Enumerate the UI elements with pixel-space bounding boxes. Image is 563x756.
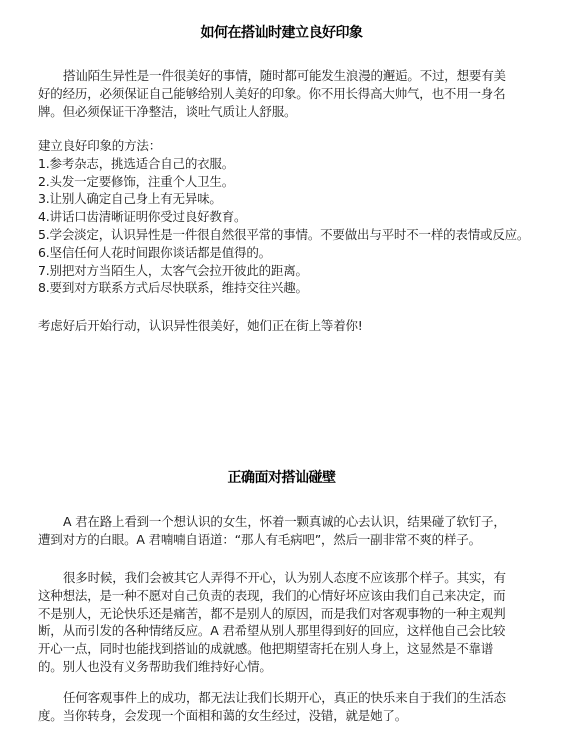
- conclusion-paragraph: 任何客观事件上的成功，都无法让我们长期开心，真正的快乐来自于我们的生活态度。当你…: [38, 689, 516, 725]
- list-item: 8.要到对方联系方式后尽快联系，维持交往兴趣。: [38, 279, 516, 297]
- list-item: 5.学会淡定，认识异性是一件很自然很平常的事情。不要做出与平时不一样的表情或反应…: [38, 226, 516, 244]
- paragraph-text: 任何客观事件上的成功，都无法让我们长期开心，真正的快乐来自于我们的生活态度。当你…: [38, 689, 516, 725]
- list-item: 2.头发一定要修饰，注重个人卫生。: [38, 173, 516, 191]
- list-item: 4.讲话口齿清晰证明你受过良好教育。: [38, 208, 516, 226]
- list-item: 3.让别人确定自己身上有无异味。: [38, 190, 516, 208]
- paragraph-text: A 君在路上看到一个想认识的女生，怀着一颗真诚的心去认识，结果碰了软钉子，遭到对…: [38, 513, 516, 549]
- list-item: 7.别把对方当陌生人，太客气会拉开彼此的距离。: [38, 262, 516, 280]
- story-paragraph: A 君在路上看到一个想认识的女生，怀着一颗真诚的心去认识，结果碰了软钉子，遭到对…: [38, 513, 516, 549]
- list-item: 1.参考杂志，挑选适合自己的衣服。: [38, 155, 516, 173]
- paragraph-text: 考虑好后开始行动，认识异性很美好，她们正在街上等着你!: [38, 317, 516, 335]
- paragraph-text: 搭讪陌生异性是一件很美好的事情，随时都可能发生浪漫的邂逅。不过，想要有美好的经历…: [38, 67, 516, 120]
- intro-paragraph: 搭讪陌生异性是一件很美好的事情，随时都可能发生浪漫的邂逅。不过，想要有美好的经历…: [38, 67, 516, 120]
- methods-heading: 建立良好印象的方法：: [38, 137, 516, 155]
- section-title: 正确面对搭讪碰壁: [0, 470, 563, 486]
- analysis-paragraph: 很多时候，我们会被其它人弄得不开心，认为别人态度不应该那个样子。其实，有这种想法…: [38, 569, 516, 676]
- section-title: 如何在搭讪时建立良好印象: [0, 25, 563, 41]
- document-page: 如何在搭讪时建立良好印象 搭讪陌生异性是一件很美好的事情，随时都可能发生浪漫的邂…: [0, 0, 563, 756]
- paragraph-text: 很多时候，我们会被其它人弄得不开心，认为别人态度不应该那个样子。其实，有这种想法…: [38, 569, 516, 676]
- list-item: 6.坚信任何人花时间跟你谈话都是值得的。: [38, 244, 516, 262]
- closing-paragraph: 考虑好后开始行动，认识异性很美好，她们正在街上等着你!: [38, 317, 516, 335]
- methods-list: 建立良好印象的方法： 1.参考杂志，挑选适合自己的衣服。 2.头发一定要修饰，注…: [38, 137, 516, 297]
